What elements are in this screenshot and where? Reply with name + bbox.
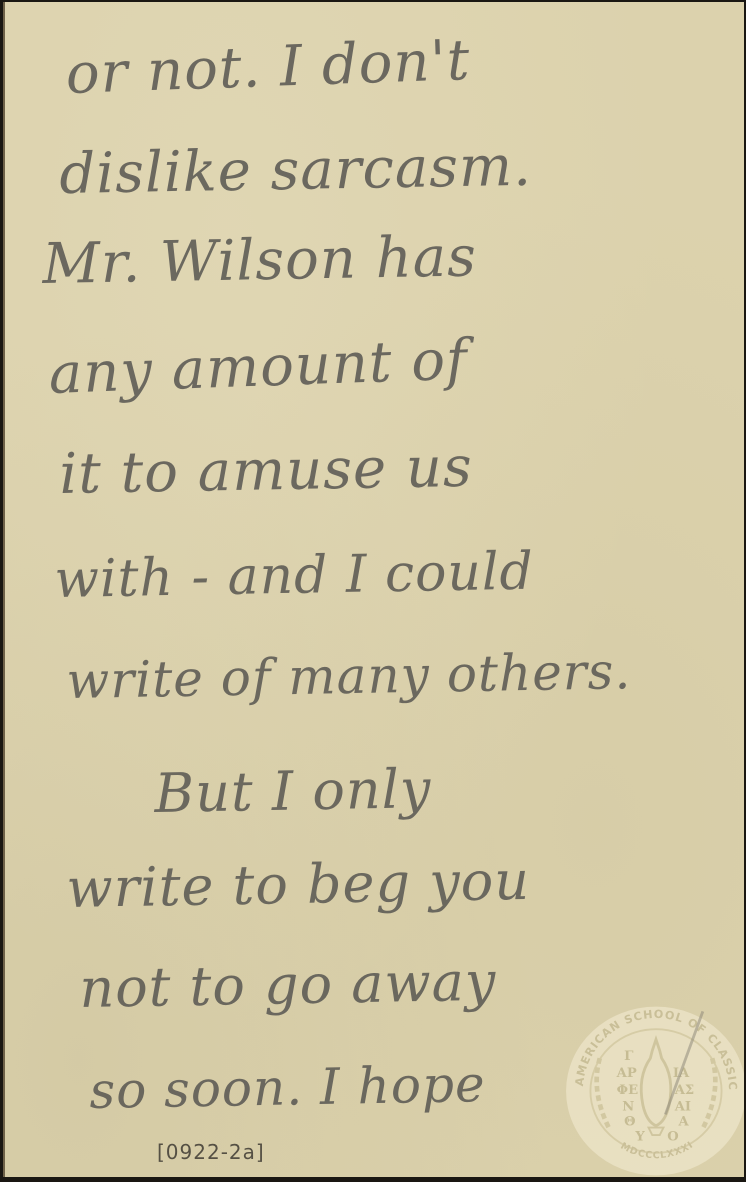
handwritten-line-8: But I only: [154, 757, 432, 825]
handwritten-line-6: with - and I could: [54, 542, 534, 610]
handwritten-line-3: Mr. Wilson has: [42, 224, 478, 297]
handwritten-line-2: dislike sarcasm.: [59, 134, 533, 207]
svg-text:Υ: Υ: [634, 1130, 645, 1145]
handwritten-line-4: any amount of: [48, 327, 469, 407]
svg-text:Ο: Ο: [667, 1130, 678, 1145]
seal-emblem-icon: AMERICAN SCHOOL OF CLASSICAL STUDIES AT …: [562, 1002, 744, 1177]
svg-text:Γ: Γ: [624, 1049, 634, 1064]
catalog-number: [0922-2a]: [157, 1140, 265, 1164]
library-seal-stamp: AMERICAN SCHOOL OF CLASSICAL STUDIES AT …: [562, 1002, 744, 1177]
svg-text:ΑΡ: ΑΡ: [616, 1066, 637, 1081]
handwritten-line-11: so soon. I hope: [89, 1055, 486, 1120]
svg-text:Θ: Θ: [624, 1115, 635, 1130]
handwritten-line-1: or not. I don't: [65, 28, 472, 107]
svg-text:Ν: Ν: [622, 1100, 634, 1115]
svg-text:Α: Α: [677, 1115, 689, 1130]
letter-page: or not. I don't dislike sarcasm. Mr. Wil…: [3, 2, 744, 1177]
handwritten-line-5: it to amuse us: [59, 435, 473, 507]
handwritten-line-10: not to go away: [79, 950, 497, 1020]
svg-text:ΑΙ: ΑΙ: [674, 1100, 691, 1115]
svg-text:ΦΕ: ΦΕ: [617, 1083, 638, 1098]
handwritten-line-9: write to beg you: [66, 849, 531, 920]
handwritten-line-7: write of many others.: [66, 642, 632, 710]
